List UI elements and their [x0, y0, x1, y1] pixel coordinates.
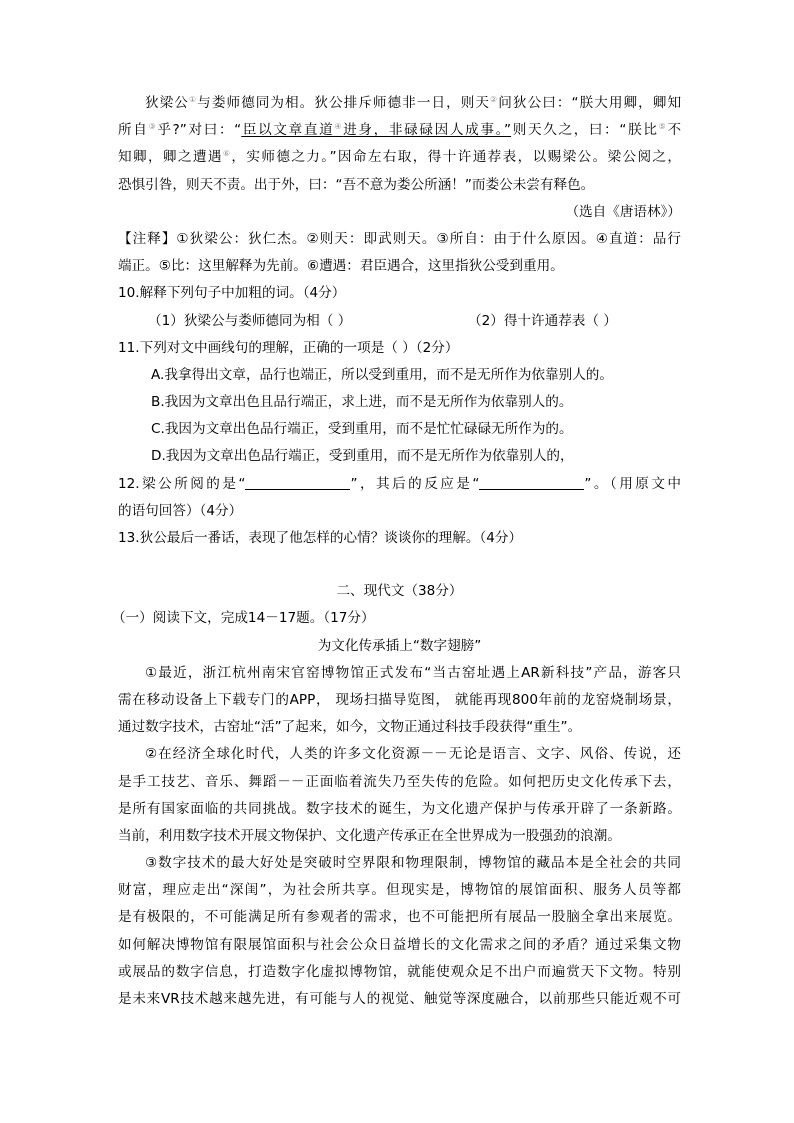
modern-section: 二、现代文（38分） （一）阅读下文，完成14－17题。（17分） 为文化传承插…: [118, 578, 681, 1013]
paragraph-line: ③数字技术的最大好处是突破时空界限和物理限制，博物馆的藏品本是全社会的共同: [118, 850, 681, 877]
passage-line: 恐惧引咎，则天不责。出于外，曰：“吾不意为娄公所涵！”而娄公未尝有释色。: [118, 172, 681, 199]
annotation-line: 【注释】①狄梁公：狄仁杰。②则天：即武则天。③所自：由于什么原因。④直道：品行: [118, 226, 681, 253]
paragraph-line: ②在经济全球化时代，人类的许多文化资源－－无论是语言、文字、风俗、传说，还: [118, 741, 681, 768]
footnote-marker: ③: [148, 122, 157, 131]
passage-line: 狄梁公①与娄师德同为相。狄公排斥师德非一日，则天②问狄公曰：“朕大用卿，卿知: [118, 90, 681, 117]
option-a: A.我拿得出文章，品行也端正，所以受到重用，而不是无所作为依靠别人的。: [118, 362, 681, 389]
passage-line: 知卿，卿之遭遇⑥，实师德之力。”因命左右取，得十许通荐表，以赐梁公。梁公阅之，: [118, 144, 681, 171]
question-12: 12.梁公所阅的是“”，其后的反应是“”。（用原文中 的语句回答）（4分）: [118, 471, 681, 525]
underlined-sentence: 臣以文章直道④进身，非碌碌因人成事。”: [241, 122, 511, 138]
subsection-heading: （一）阅读下文，完成14－17题。（17分）: [112, 605, 681, 632]
document-page: 狄梁公①与娄师德同为相。狄公排斥师德非一日，则天②问狄公曰：“朕大用卿，卿知 所…: [118, 90, 681, 1013]
paragraph-line: 是未来VR技术越来越先进，有可能与人的视觉、触觉等深度融合，以前那些只能近观不可: [118, 986, 681, 1013]
footnote-marker: ①: [189, 95, 197, 104]
option-d: D.我因为文章出色品行端正，受到重用，而不是无所作为依靠别人的，: [118, 443, 681, 470]
answer-blank-1[interactable]: [245, 475, 350, 490]
option-b: B.我因为文章出色且品行端正，求上进，而不是无所作为依靠别人的。: [118, 389, 681, 416]
paragraph-line: 或展品的数字信息，打造数字化虚拟博物馆，就能使观众足不出户而遍赏天下文物。特别: [118, 959, 681, 986]
paragraph-1: ①最近，浙江杭州南宋官窑博物馆正式发布“当古窑址遇上AR新科技”产品，游客只 需…: [118, 660, 681, 742]
option-c: C.我因为文章出色品行端正，受到重用，而不是忙忙碌碌无所作为的。: [118, 416, 681, 443]
source-citation: （选自《唐语林》）: [118, 199, 681, 226]
paragraph-line: 当前，利用数字技术开展文物保护、文化遗产传承正在全世界成为一股强劲的浪潮。: [118, 823, 681, 850]
question-items: （1）狄梁公与娄师德同为相（ ） （2）得十许通荐表（ ）: [118, 308, 681, 335]
paragraph-line: 如何解决博物馆有限展馆面积与社会公众日益增长的文化需求之间的矛盾？通过采集文物: [118, 932, 681, 959]
question-13: 13.狄公最后一番话，表现了他怎样的心情？谈谈你的理解。（4分）: [118, 525, 681, 552]
section-title: 二、现代文（38分）: [118, 578, 681, 605]
paragraph-line: 财富，理应走出“深闺”，为社会所共享。但现实是，博物馆的展馆面积、服务人员等都: [118, 877, 681, 904]
paragraph-line: ①最近，浙江杭州南宋官窑博物馆正式发布“当古窑址遇上AR新科技”产品，游客只: [118, 660, 681, 687]
question-stem: 11.下列对文中画线句的理解，正确的一项是（ ）（2分）: [118, 335, 681, 362]
question-stem: 10.解释下列句子中加粗的词。（4分）: [118, 280, 681, 307]
footnote-marker: ④: [334, 122, 343, 131]
annotation-line: 端正。⑤比：这里解释为先前。⑥遭遇：君臣遇合，这里指狄公受到重用。: [118, 253, 681, 280]
paragraph-line: 是有极限的，不可能满足所有参观者的需求，也不可能把所有展品一股脑全拿出来展览。: [118, 904, 681, 931]
paragraph-line: 是所有国家面临的共同挑战。数字技术的诞生，为文化遗产保护与传承开辟了一条新路。: [118, 796, 681, 823]
question-stem-cont: 的语句回答）（4分）: [118, 498, 681, 525]
question-11: 11.下列对文中画线句的理解，正确的一项是（ ）（2分） A.我拿得出文章，品行…: [118, 335, 681, 471]
paragraph-line: 通过数字技术，古窑址“活”了起来，如今，文物正通过科技手段获得“重生”。: [118, 714, 681, 741]
paragraph-line: 是手工技艺、音乐、舞蹈－－正面临着流失乃至失传的危险。如何把历史文化传承下去，: [118, 769, 681, 796]
classical-passage: 狄梁公①与娄师德同为相。狄公排斥师德非一日，则天②问狄公曰：“朕大用卿，卿知 所…: [118, 90, 681, 280]
paragraph-3: ③数字技术的最大好处是突破时空界限和物理限制，博物馆的藏品本是全社会的共同 财富…: [118, 850, 681, 1013]
spacer: [118, 552, 681, 578]
question-10: 10.解释下列句子中加粗的词。（4分） （1）狄梁公与娄师德同为相（ ） （2）…: [118, 280, 681, 334]
question-stem: 12.梁公所阅的是“”，其后的反应是“”。（用原文中: [118, 471, 681, 498]
paragraph-2: ②在经济全球化时代，人类的许多文化资源－－无论是语言、文字、风俗、传说，还 是手…: [118, 741, 681, 850]
question-item-1: （1）狄梁公与娄师德同为相（ ）: [148, 313, 351, 329]
question-item-2: （2）得十许通荐表（ ）: [468, 308, 617, 335]
answer-blank-2[interactable]: [479, 475, 584, 490]
article-title: 为文化传承插上“数字翅膀”: [118, 633, 681, 660]
passage-line: 所自③乎?”对曰：“臣以文章直道④进身，非碌碌因人成事。”则天久之，曰：“朕比⑤…: [118, 117, 681, 144]
question-stem: 13.狄公最后一番话，表现了他怎样的心情？谈谈你的理解。（4分）: [118, 525, 681, 552]
paragraph-line: 需在移动设备上下载专门的APP， 现场扫描导览图， 就能再现800年前的龙窑烧制…: [118, 687, 681, 714]
